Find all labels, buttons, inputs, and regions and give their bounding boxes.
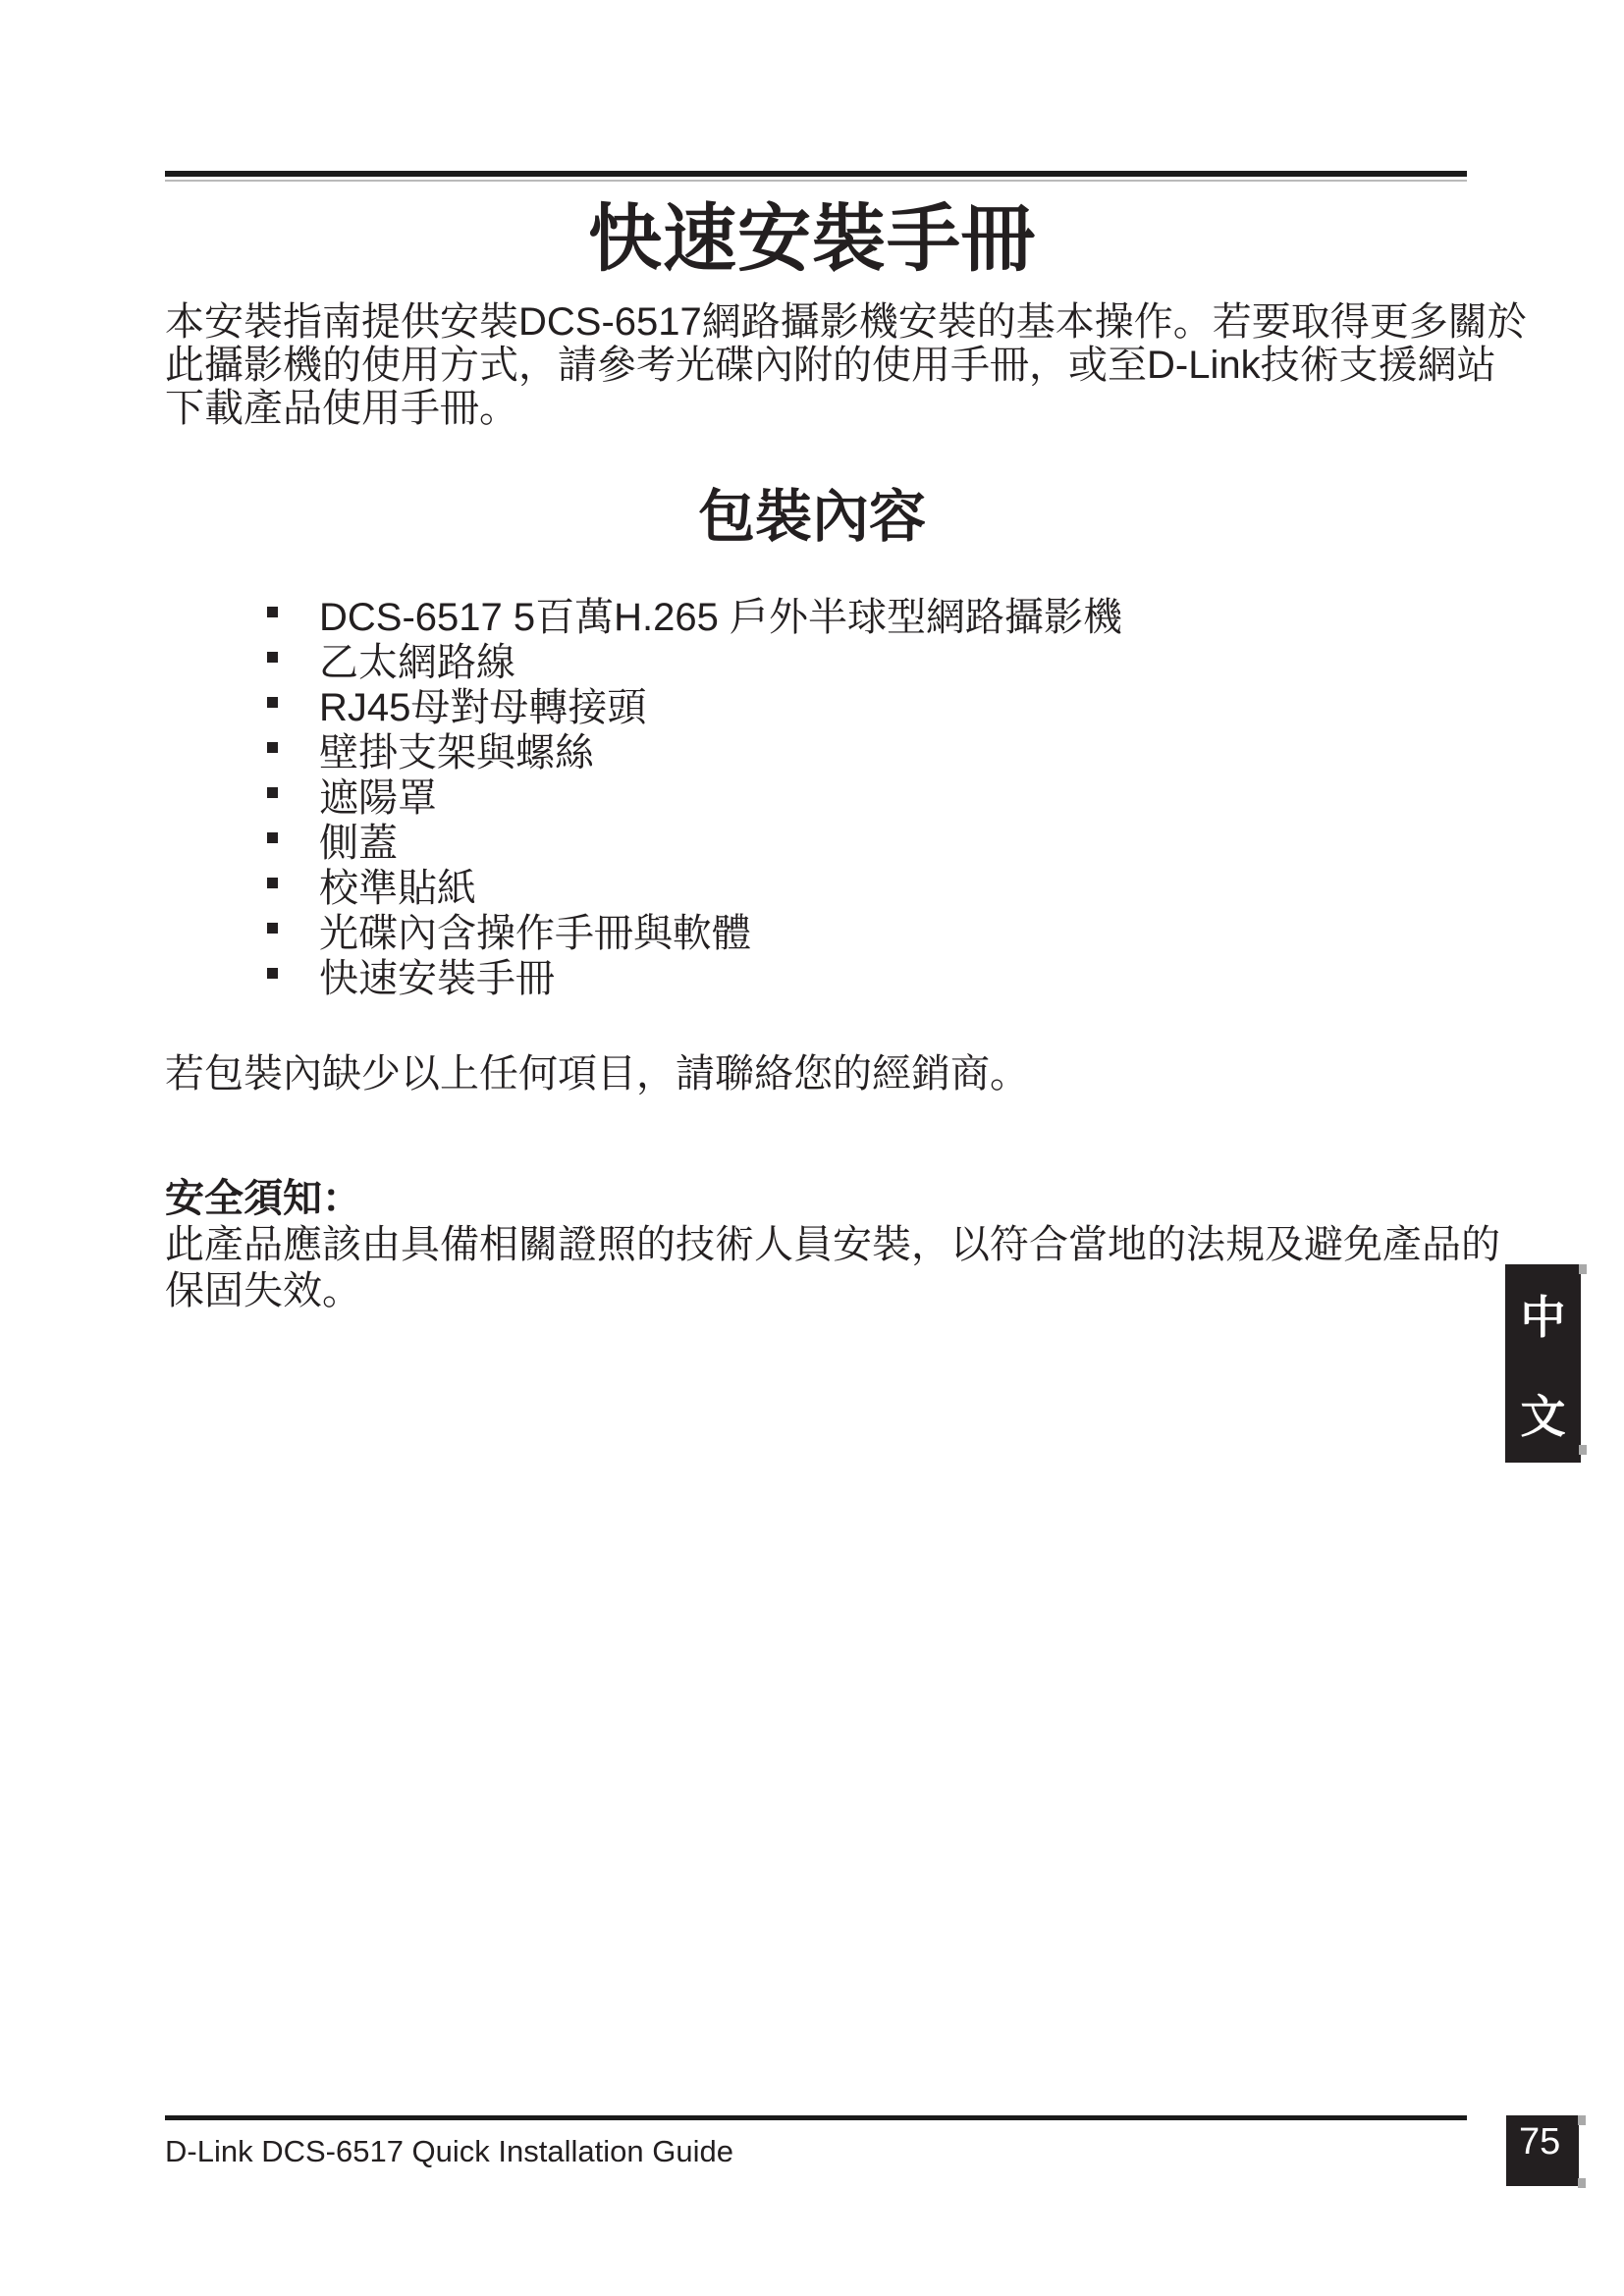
list-item: 遮陽罩: [267, 772, 1122, 817]
document-page: 快速安裝手冊 本安裝指南提供安裝DCS-6517網路攝影機安裝的基本操作。若要取…: [0, 0, 1624, 2296]
safety-text-line: 此產品應該由具備相關證照的技術人員安裝，以符合當地的法規及避免產品的: [165, 1222, 1500, 1268]
bullet-square-icon: [267, 878, 278, 888]
safety-section: 安全須知： 此產品應該由具備相關證照的技術人員安裝，以符合當地的法規及避免產品的…: [165, 1176, 1500, 1314]
bullet-square-icon: [267, 832, 278, 843]
list-item: 乙太網路線: [267, 636, 1122, 681]
list-item: 壁掛支架與螺絲: [267, 726, 1122, 772]
safety-heading: 安全須知：: [165, 1176, 1500, 1222]
bullet-square-icon: [267, 787, 278, 798]
bullet-square-icon: [267, 697, 278, 708]
section-heading-package-contents: 包裝內容: [0, 483, 1624, 552]
bullet-square-icon: [267, 607, 278, 617]
list-item: RJ45母對母轉接頭: [267, 681, 1122, 726]
list-item: 側蓋: [267, 817, 1122, 862]
bullet-square-icon: [267, 923, 278, 934]
footer-divider: [165, 2115, 1467, 2120]
page-number-badge: 75: [1506, 2115, 1579, 2186]
header-divider: [165, 171, 1467, 177]
intro-line: 本安裝指南提供安裝DCS-6517網路攝影機安裝的基本操作。若要取得更多關於: [165, 300, 1481, 344]
intro-line: 下載產品使用手冊。: [165, 387, 1481, 430]
language-tab-char: 中: [1521, 1282, 1566, 1347]
list-item: 光碟內含操作手冊與軟體: [267, 907, 1122, 952]
list-item: DCS-6517 5百萬H.265 戶外半球型網路攝影機: [267, 591, 1122, 636]
bullet-square-icon: [267, 652, 278, 663]
page-title: 快速安裝手冊: [0, 194, 1624, 283]
bullet-square-icon: [267, 742, 278, 753]
list-item: 校準貼紙: [267, 862, 1122, 907]
list-item-label: 快速安裝手冊: [319, 947, 555, 1003]
intro-paragraph: 本安裝指南提供安裝DCS-6517網路攝影機安裝的基本操作。若要取得更多關於 此…: [165, 300, 1481, 430]
safety-text-line: 保固失效。: [165, 1268, 1500, 1314]
package-list: DCS-6517 5百萬H.265 戶外半球型網路攝影機 乙太網路線 RJ45母…: [267, 591, 1122, 997]
missing-items-note: 若包裝內缺少以上任何項目，請聯絡您的經銷商。: [165, 1052, 1029, 1095]
intro-line: 此攝影機的使用方式，請參考光碟內附的使用手冊，或至D-Link技術支援網站: [165, 344, 1481, 387]
language-tab-chinese: 中 文: [1505, 1264, 1581, 1463]
language-tab-char: 文: [1521, 1381, 1566, 1446]
list-item: 快速安裝手冊: [267, 952, 1122, 997]
footer-title: D-Link DCS-6517 Quick Installation Guide: [165, 2132, 733, 2171]
bullet-square-icon: [267, 968, 278, 979]
